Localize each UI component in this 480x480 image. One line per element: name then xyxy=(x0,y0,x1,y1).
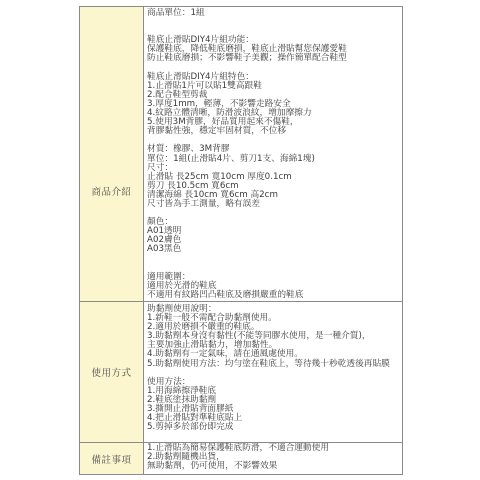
text-line: A03黑色 xyxy=(147,245,399,254)
text-line: 背膠黏性強，穩定牢固材質，不位移 xyxy=(147,127,399,136)
product-spec-table: 商品介紹 商品單位：1組 鞋底止滑貼DIY4片組功能：保護鞋底，降低鞋底磨損，鞋… xyxy=(79,6,403,475)
text-line: 商品單位：1組 xyxy=(147,9,399,18)
section-row-product-intro: 商品介紹 商品單位：1組 鞋底止滑貼DIY4片組功能：保護鞋底，降低鞋底磨損，鞋… xyxy=(80,7,402,301)
text-line xyxy=(147,255,399,264)
text-line: 無助黏劑，仍可使用，不影響效果 xyxy=(147,462,399,471)
text-line: 尺寸皆為手工測量，略有誤差 xyxy=(147,200,399,209)
section-label-cell-usage: 使用方式 xyxy=(80,302,144,442)
text-line: 5.剪掉多於部份即完成 xyxy=(147,423,399,432)
section-row-usage: 使用方式 助黏劑使用說明：1.新鞋一般不需配合助黏劑使用。2.適用於磨損不嚴重的… xyxy=(80,301,402,442)
text-line: 不適用有紋路凹凸鞋底及磨損嚴重的鞋底 xyxy=(147,291,399,300)
section-label-text: 商品介紹 xyxy=(91,184,131,198)
text-line: 顏色： xyxy=(147,218,399,227)
section-content-notes: 1.止滑貼為簡易保護鞋底防滑，不適合運動使用2.助黏劑隨機出貨，無助黏劑，仍可使… xyxy=(144,443,402,474)
section-content-product-intro: 商品單位：1組 鞋底止滑貼DIY4片組功能：保護鞋底，降低鞋底磨損，鞋底止滑貼幫… xyxy=(144,7,402,301)
section-label-cell-notes: 備註事項 xyxy=(80,443,144,474)
text-line xyxy=(147,209,399,218)
text-line xyxy=(147,18,399,27)
section-label-cell-product-intro: 商品介紹 xyxy=(80,7,144,301)
text-line: 防止鞋底磨損；不影響鞋子美觀；操作簡單配合鞋型 xyxy=(147,54,399,63)
section-row-notes: 備註事項 1.止滑貼為簡易保護鞋底防滑，不適合運動使用2.助黏劑隨機出貨，無助黏… xyxy=(80,442,402,474)
text-line: A02膚色 xyxy=(147,236,399,245)
section-content-usage: 助黏劑使用說明：1.新鞋一般不需配合助黏劑使用。2.適用於磨損不嚴重的鞋底。3.… xyxy=(144,302,402,442)
section-label-text: 備註事項 xyxy=(91,452,131,466)
product-description-page: 商品介紹 商品單位：1組 鞋底止滑貼DIY4片組功能：保護鞋底，降低鞋底磨損，鞋… xyxy=(0,0,480,480)
section-label-text: 使用方式 xyxy=(91,365,131,379)
text-line: 單位：1組(止滑貼4片、剪刀1支、海綿1塊) xyxy=(147,155,399,164)
text-line: A01透明 xyxy=(147,227,399,236)
text-line: 5.助黏劑使用方法：均勻塗在鞋底上，等待幾十秒乾透後再貼膜 xyxy=(147,360,399,369)
